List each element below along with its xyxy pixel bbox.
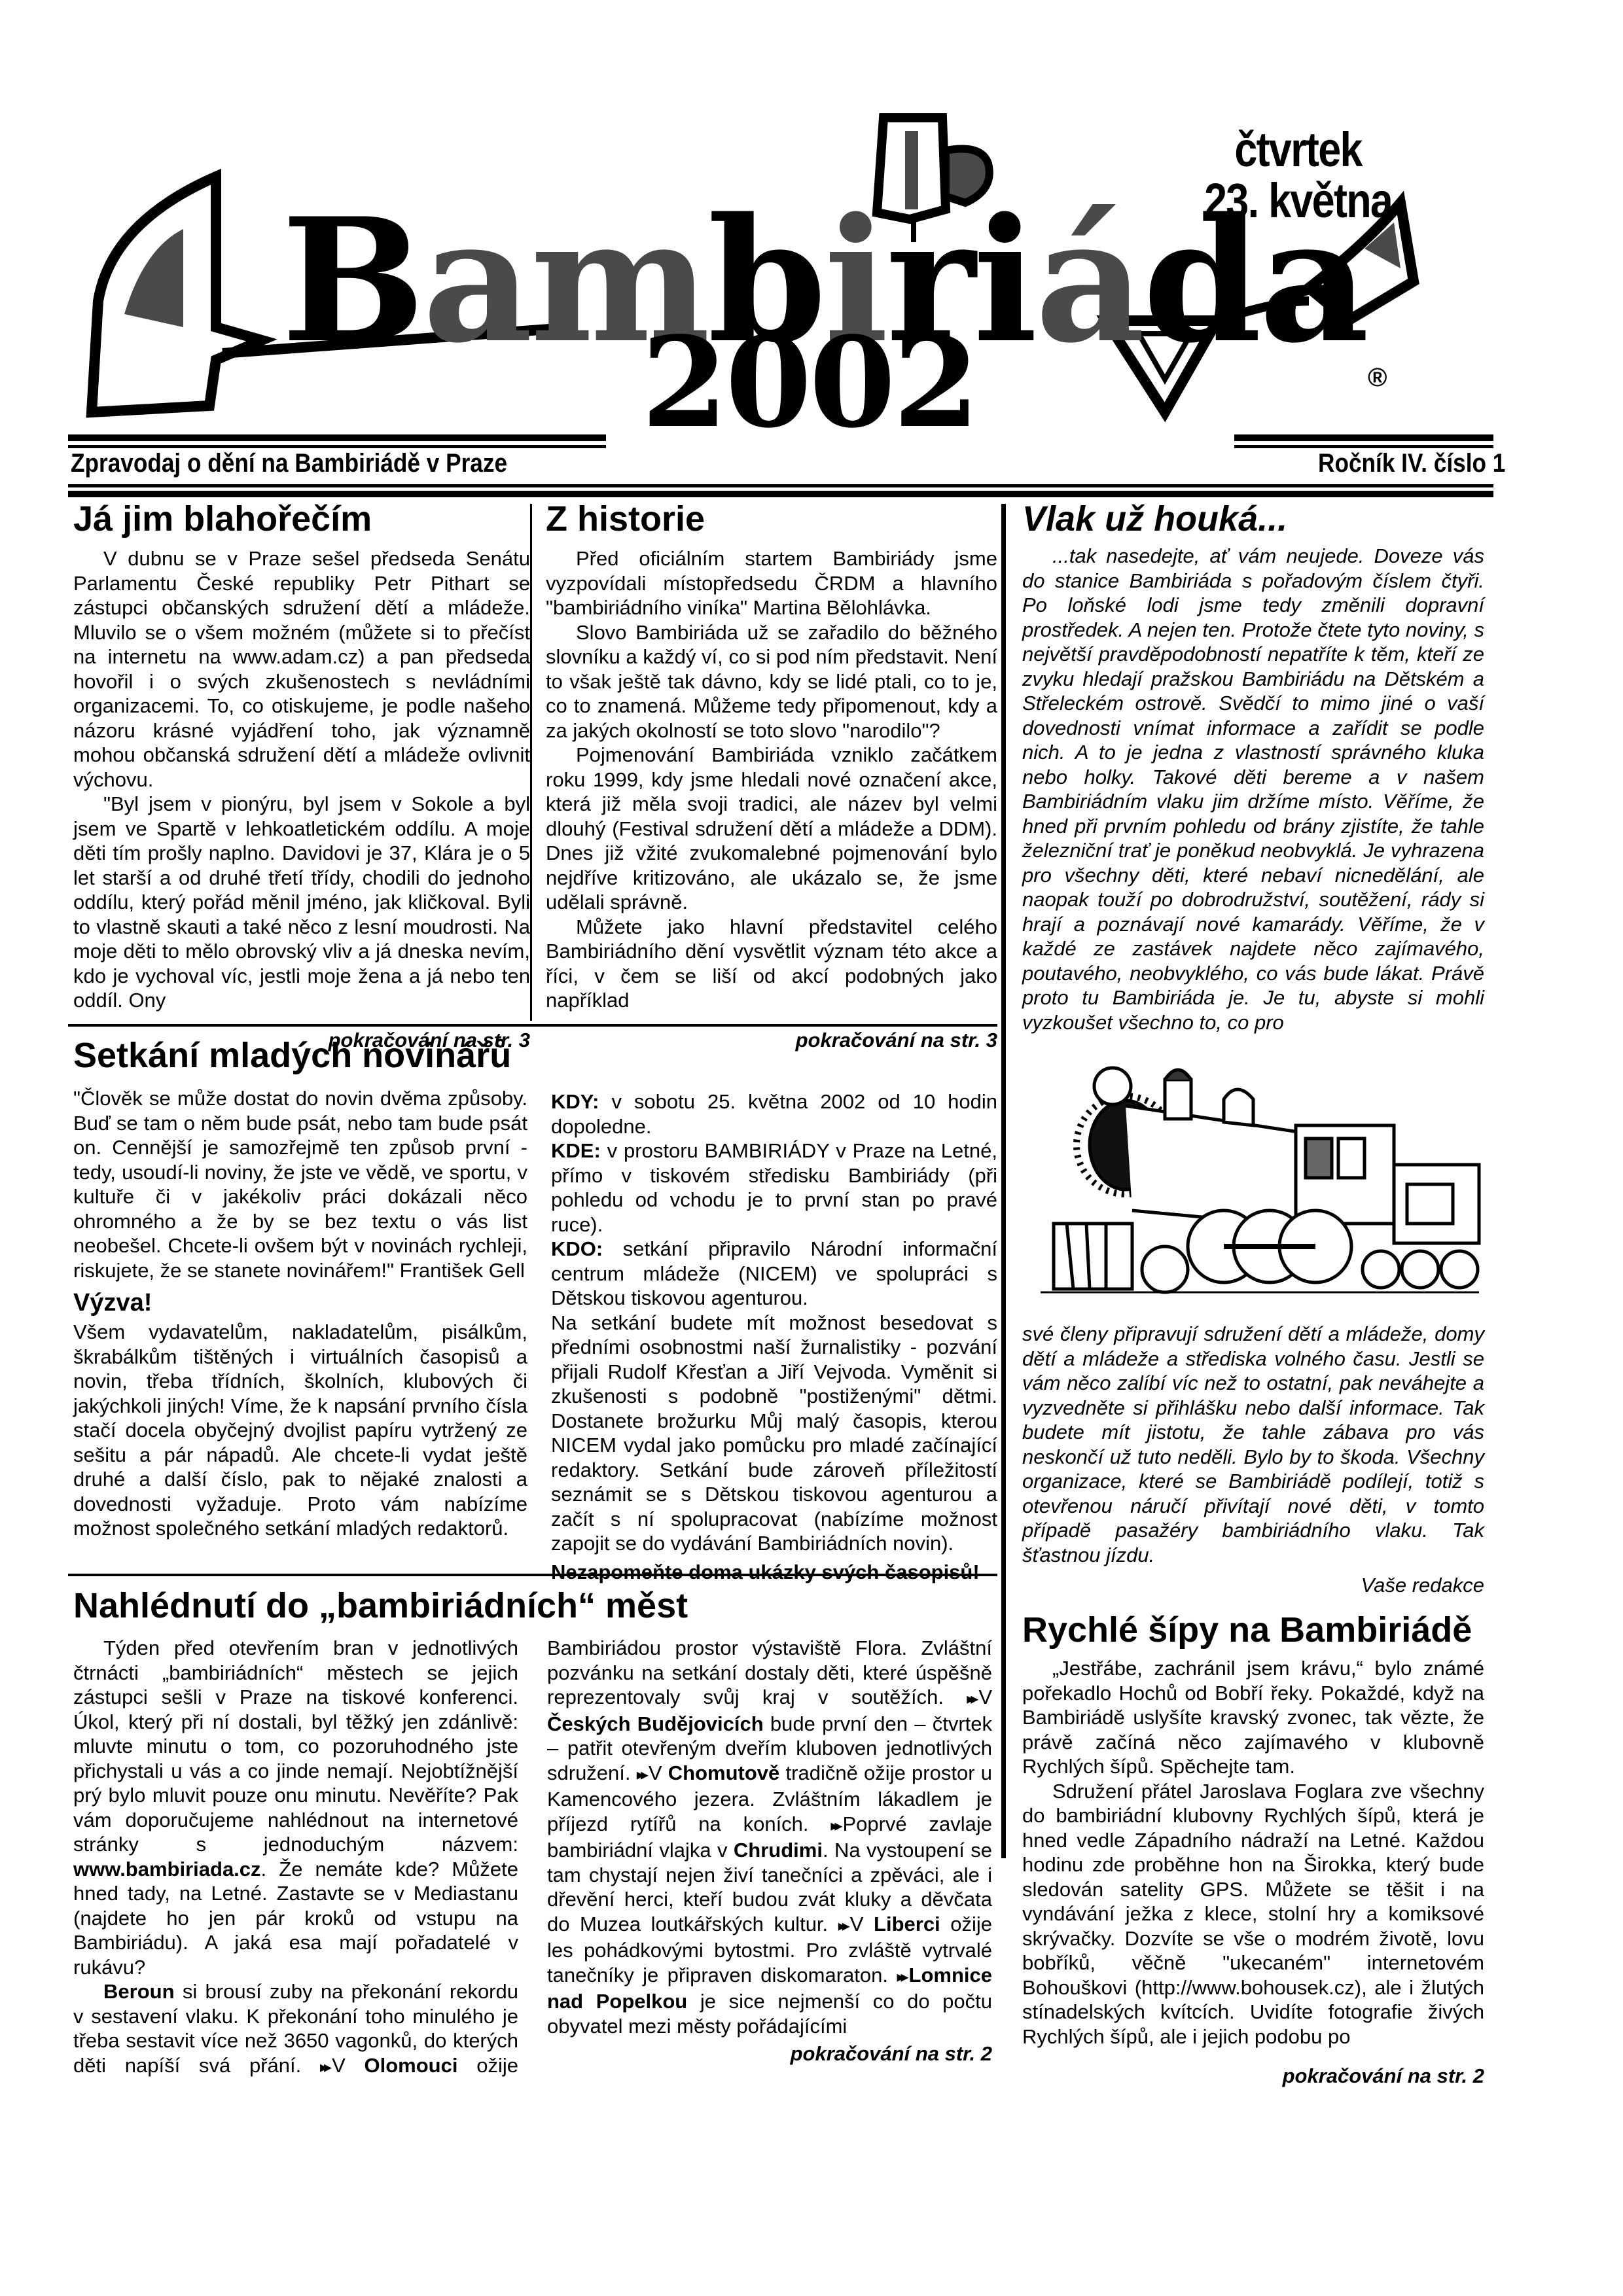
masthead: Bambiriáda 2002 ® čtvrtek 23. května [65, 105, 1505, 432]
text-run: V [332, 2054, 364, 2077]
city-name: Beroun [103, 1980, 175, 2003]
logo-letter: i [973, 181, 1035, 381]
registered-mark: ® [1368, 363, 1387, 393]
city-name: Olomouci [365, 2054, 458, 2077]
bullet-arrow-icon: ▸▸ [320, 2058, 328, 2076]
details-paragraph: Na setkání budete mít možnost besedovat … [551, 1311, 997, 1556]
article-headline: Z historie [546, 500, 997, 539]
logo-letter: á [1035, 181, 1143, 381]
city-name: Liberci [874, 1913, 940, 1935]
article-paragraph: V dubnu se v Praze sešel předseda Senátu… [73, 546, 530, 792]
article-blahorecim: Já jim blahořečím V dubnu se v Praze seš… [73, 500, 530, 1052]
logo-year: 2002 [641, 321, 977, 445]
kdy-label: KDY: [551, 1090, 599, 1113]
kdy-paragraph: KDY: v sobotu 25. května 2002 od 10 hodi… [551, 1089, 997, 1139]
kdo-label: KDO: [551, 1237, 603, 1260]
article-headline: Nahlédnutí do „bambiriádních“ měst [73, 1587, 997, 1625]
column-divider-thick [1001, 504, 1006, 1858]
newsletter-subtitle: Zpravodaj o dění na Bambiriádě v Praze [71, 449, 507, 478]
issue-date: čtvrtek 23. května [1204, 124, 1392, 226]
article-historie: Z historie Před oficiálním startem Bambi… [546, 500, 997, 1052]
article-paragraph: Můžete jako hlavní představitel celého B… [546, 915, 997, 1013]
header-rule [68, 445, 606, 448]
header-rule [68, 484, 1493, 487]
article-nahlednuti: Nahlédnutí do „bambiriádních“ měst [73, 1587, 997, 1625]
article-paragraph: své členy připravují sdružení dětí a mlá… [1022, 1322, 1484, 1567]
city-name: Českých Budějovicích [547, 1712, 764, 1735]
article-headline: Já jim blahořečím [73, 500, 530, 539]
article-paragraph: "Byl jsem v pionýru, byl jsem v Sokole a… [73, 792, 530, 1013]
kdo-paragraph: KDO: setkání připravilo Národní informač… [551, 1237, 997, 1311]
quote-paragraph: "Člověk se může dostat do novin dvěma zp… [73, 1086, 527, 1282]
steam-locomotive-icon [1027, 1060, 1486, 1302]
header-rule [1234, 445, 1493, 448]
article-headline: Rychlé šípy na Bambiriádě [1022, 1611, 1484, 1650]
continued-link[interactable]: pokračování na str. 2 [1022, 2064, 1484, 2088]
article-paragraph: Slovo Bambiriáda už se zařadilo do běžné… [546, 620, 997, 743]
header-rule [68, 434, 606, 441]
city-name: Chrudimi [734, 1839, 823, 1862]
call-paragraph: Všem vydavatelům, nakladatelům, pisálkům… [73, 1320, 527, 1541]
article-sipy: Rychlé šípy na Bambiriádě „Jestřábe, zac… [1022, 1611, 1484, 2088]
kdo-text: setkání připravilo Národní informační ce… [551, 1237, 997, 1309]
article-setkani: Setkání mladých novinářů [73, 1036, 997, 1075]
article-paragraph: Sdružení přátel Jaroslava Foglara zve vš… [1022, 1779, 1484, 2049]
website-link[interactable]: www.bambiriada.cz [73, 1858, 261, 1881]
column-divider [530, 504, 532, 1021]
issue-day: čtvrtek [1204, 124, 1392, 175]
text-run: V [649, 1761, 668, 1784]
bullet-arrow-icon: ▸▸ [838, 1917, 846, 1935]
kde-paragraph: KDE: v prostoru BAMBIRIÁDY v Praze na Le… [551, 1139, 997, 1237]
article-vlak-continued: své členy připravují sdružení dětí a mlá… [1022, 1322, 1484, 1597]
kdy-text: v sobotu 25. května 2002 od 10 hodin dop… [551, 1090, 997, 1138]
bullet-arrow-icon: ▸▸ [967, 1690, 974, 1708]
article-paragraph: Před oficiálním startem Bambiriády jsme … [546, 546, 997, 620]
text-run: V [978, 1686, 992, 1708]
article-vlak: Vlak už houká... ...tak nasedejte, ať vá… [1022, 500, 1484, 1034]
bullet-arrow-icon: ▸▸ [897, 1968, 904, 1986]
kde-text: v prostoru BAMBIRIÁDY v Praze na Letné, … [551, 1139, 997, 1236]
setkani-left-column: "Člověk se může dostat do novin dvěma zp… [73, 1086, 527, 1541]
bullet-arrow-icon: ▸▸ [830, 1817, 838, 1835]
header-rule [1234, 434, 1493, 441]
issue-number: Ročník IV. číslo 1 [1318, 449, 1505, 478]
article-paragraph: „Jestřábe, zachránil jsem krávu,“ bylo z… [1022, 1656, 1484, 1779]
header-rule [68, 491, 1493, 497]
kde-label: KDE: [551, 1139, 601, 1162]
nahlednuti-body: Týden před otevřením bran v jednotlivých… [73, 1636, 992, 2094]
setkani-right-column: KDY: v sobotu 25. května 2002 od 10 hodi… [551, 1089, 997, 1584]
issue-date-text: 23. května [1204, 175, 1392, 226]
signature: Vaše redakce [1022, 1574, 1484, 1597]
article-headline: Setkání mladých novinářů [73, 1036, 997, 1075]
text-run: V [850, 1913, 874, 1935]
reminder-text: Nezapomeňte doma ukázky svých časopisů! [551, 1560, 997, 1585]
text-run: Týden před otevřením bran v jednotlivých… [73, 1636, 518, 1856]
article-paragraph: Pojmenování Bambiriáda vzniklo začátkem … [546, 743, 997, 915]
logo-letter: B [281, 181, 423, 381]
subheading-vyzva: Výzva! [73, 1289, 527, 1317]
continued-link[interactable]: pokračování na str. 2 [547, 2042, 992, 2066]
city-name: Chomutově [668, 1761, 780, 1784]
bullet-arrow-icon: ▸▸ [637, 1766, 645, 1784]
article-paragraph: Týden před otevřením bran v jednotlivých… [73, 1636, 518, 1979]
article-headline: Vlak už houká... [1022, 500, 1484, 539]
article-paragraph: ...tak nasedejte, ať vám neujede. Doveze… [1022, 544, 1484, 1034]
